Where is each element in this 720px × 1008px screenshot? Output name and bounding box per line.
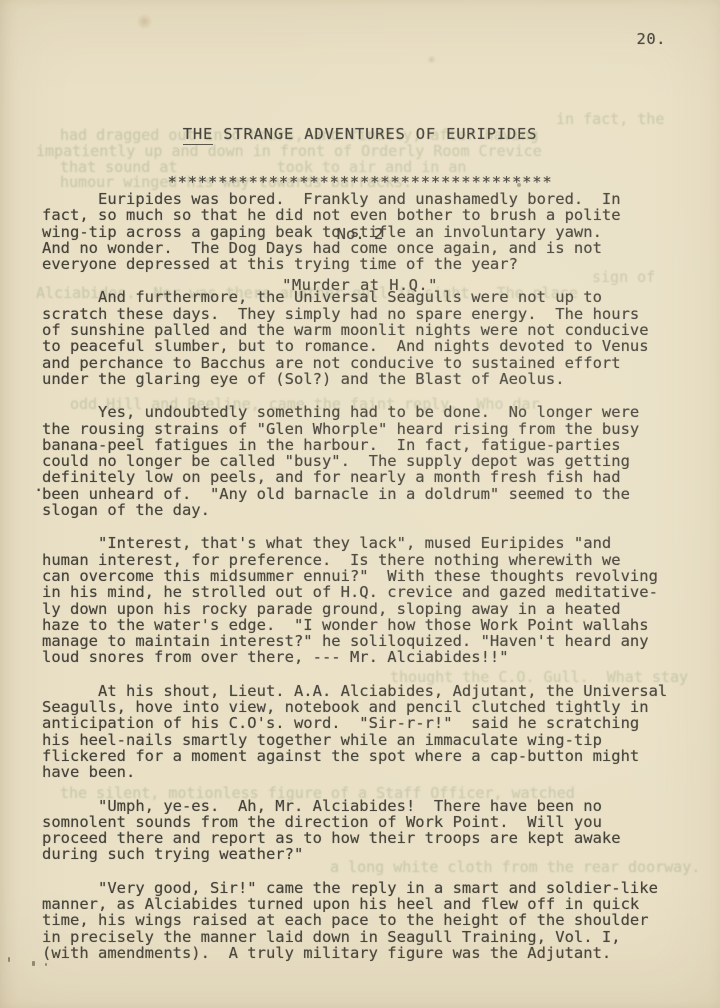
document-page: in fact, thehad dragged out into hours, …: [0, 0, 720, 1008]
paragraph: At his shout, Lieut. A.A. Alciabides, Ad…: [42, 683, 700, 781]
paragraph: "Very good, Sir!" came the reply in a sm…: [42, 880, 700, 961]
stray-dot-mark: .: [34, 477, 43, 495]
story-title: THE STRANGE ADVENTURES OF EURIPIDES: [0, 126, 720, 142]
paragraph: Yes, undoubtedly something had to be don…: [42, 404, 700, 518]
ink-speck: [32, 961, 35, 966]
paper-stain: [137, 13, 152, 30]
paper-stain: [427, 55, 436, 64]
body-text: Euripides was bored. Frankly and unasham…: [42, 191, 700, 978]
paragraph: "Umph, ye-es. Ah, Mr. Alciabides! There …: [42, 798, 700, 863]
title-word-underlined: THE: [183, 125, 213, 145]
asterisk-rule: **************************************: [0, 174, 720, 190]
paragraph: And furthermore, the Universal Seagulls …: [42, 289, 700, 387]
ink-speck: [8, 957, 10, 962]
page-number: 20.: [637, 30, 667, 48]
paragraph: "Interest, that's what they lack", mused…: [42, 535, 700, 665]
paragraph: Euripides was bored. Frankly and unasham…: [42, 191, 700, 272]
ink-speck: [45, 963, 47, 966]
title-rest: STRANGE ADVENTURES OF EURIPIDES: [213, 125, 537, 143]
